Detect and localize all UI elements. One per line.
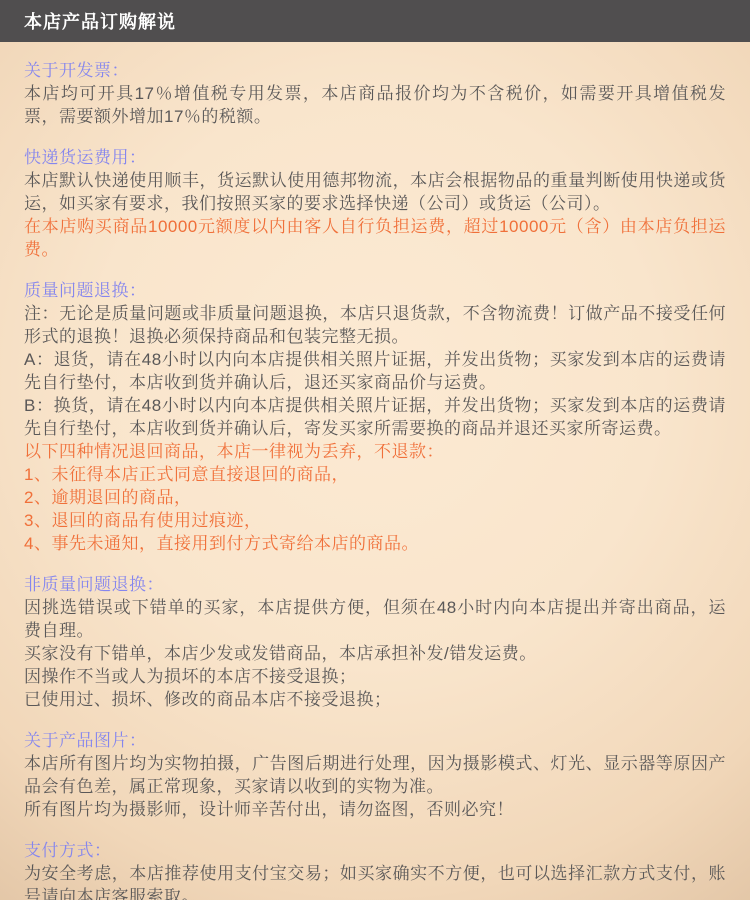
section-shipping: 快递货运费用： 本店默认快递使用顺丰，货运默认使用德邦物流，本店会根据物品的重量… xyxy=(24,146,726,261)
paragraph: 本店所有图片均为实物拍摄，广告图后期进行处理，因为摄影模式、灯光、显示器等原因产… xyxy=(24,752,726,798)
paragraph: 本店默认快递使用顺丰，货运默认使用德邦物流，本店会根据物品的重量判断使用快递或货… xyxy=(24,169,726,215)
paragraph: 所有图片均为摄影师，设计师辛苦付出，请勿盗图，否则必究！ xyxy=(24,798,726,821)
policy-content: 关于开发票： 本店均可开具17％增值税专用发票，本店商品报价均为不含税价，如需要… xyxy=(0,42,750,900)
paragraph: 已使用过、损坏、修改的商品本店不接受退换； xyxy=(24,688,726,711)
section-heading: 快递货运费用： xyxy=(24,146,726,169)
section-invoice: 关于开发票： 本店均可开具17％增值税专用发票，本店商品报价均为不含税价，如需要… xyxy=(24,59,726,128)
paragraph: 买家没有下错单，本店少发或发错商品，本店承担补发/错发运费。 xyxy=(24,642,726,665)
paragraph-highlight: 3、退回的商品有使用过痕迹， xyxy=(24,509,726,532)
paragraph: 注：无论是质量问题或非质量问题退换，本店只退货款，不含物流费！订做产品不接受任何… xyxy=(24,302,726,348)
paragraph: 为安全考虑，本店推荐使用支付宝交易；如买家确实不方便，也可以选择汇款方式支付，账… xyxy=(24,862,726,900)
section-heading: 支付方式： xyxy=(24,839,726,862)
section-nonquality-returns: 非质量问题退换： 因挑选错误或下错单的买家，本店提供方便，但须在48小时内向本店… xyxy=(24,573,726,711)
paragraph: 本店均可开具17％增值税专用发票，本店商品报价均为不含税价，如需要开具增值税发票… xyxy=(24,82,726,128)
paragraph: B：换货，请在48小时以内向本店提供相关照片证据，并发出货物；买家发到本店的运费… xyxy=(24,394,726,440)
paragraph-highlight: 2、逾期退回的商品， xyxy=(24,486,726,509)
section-quality-returns: 质量问题退换： 注：无论是质量问题或非质量问题退换，本店只退货款，不含物流费！订… xyxy=(24,279,726,555)
page-title: 本店产品订购解说 xyxy=(24,8,176,34)
paragraph-highlight: 4、事先未通知，直接用到付方式寄给本店的商品。 xyxy=(24,532,726,555)
paragraph-highlight: 1、未征得本店正式同意直接退回的商品， xyxy=(24,463,726,486)
section-heading: 关于产品图片： xyxy=(24,729,726,752)
paragraph-highlight: 在本店购买商品10000元额度以内由客人自行负担运费，超过10000元（含）由本… xyxy=(24,215,726,261)
paragraph: 因操作不当或人为损坏的本店不接受退换； xyxy=(24,665,726,688)
paragraph: 因挑选错误或下错单的买家，本店提供方便，但须在48小时内向本店提出并寄出商品，运… xyxy=(24,596,726,642)
paragraph: A：退货，请在48小时以内向本店提供相关照片证据，并发出货物；买家发到本店的运费… xyxy=(24,348,726,394)
paragraph-highlight: 以下四种情况退回商品，本店一律视为丢弃，不退款： xyxy=(24,440,726,463)
section-heading: 关于开发票： xyxy=(24,59,726,82)
section-heading: 非质量问题退换： xyxy=(24,573,726,596)
section-payment: 支付方式： 为安全考虑，本店推荐使用支付宝交易；如买家确实不方便，也可以选择汇款… xyxy=(24,839,726,900)
header-bar: 本店产品订购解说 xyxy=(0,0,750,42)
section-heading: 质量问题退换： xyxy=(24,279,726,302)
section-product-images: 关于产品图片： 本店所有图片均为实物拍摄，广告图后期进行处理，因为摄影模式、灯光… xyxy=(24,729,726,821)
